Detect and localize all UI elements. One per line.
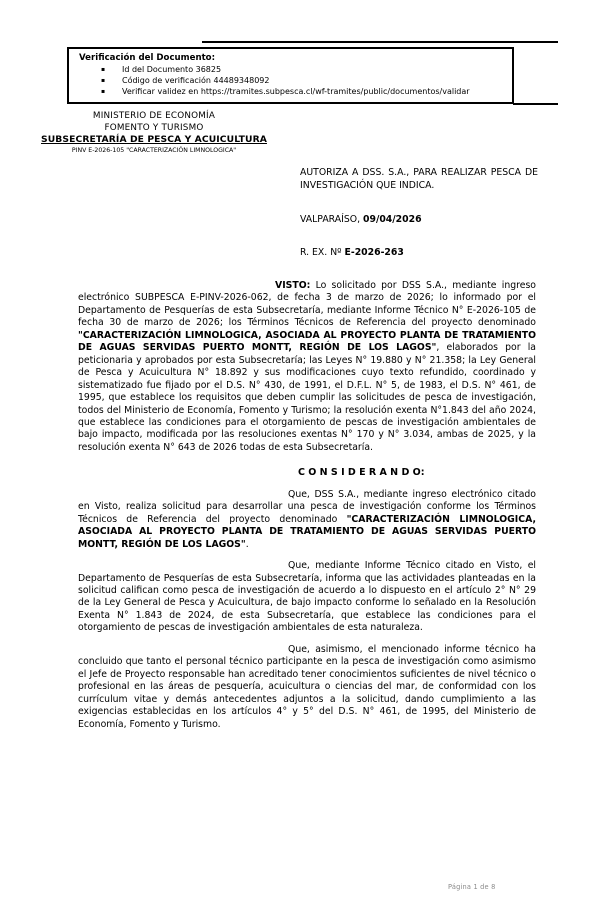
resolution-date: 09/04/2026 [363,214,422,225]
document-page: Verificación del Documento: ▪ Id del Doc… [0,0,600,918]
resolution-label: R. EX. Nº [300,247,344,258]
ministry-subline: FOMENTO Y TURISMO [33,123,275,135]
ministry-line: MINISTERIO DE ECONOMÍA [33,111,275,123]
place-and-date: VALPARAÍSO, 09/04/2026 [300,214,422,225]
considerando-paragraph-3: Que, asimismo, el mencionado informe téc… [78,644,536,731]
visto-text-2: , elaborados por la peticionaria y aprob… [78,342,536,453]
verification-item-code: ▪ Código de verificación 44489348092 [79,75,504,86]
letterhead: MINISTERIO DE ECONOMÍA FOMENTO Y TURISMO… [33,111,275,155]
considerando-heading: C O N S I D E R A N D O: [298,467,536,479]
visto-paragraph: VISTO: Lo solicitado por DSS S.A., media… [78,280,536,454]
verification-url-text: Verificar validez en https://tramites.su… [122,86,470,97]
resolution-number-line: R. EX. Nº E-2026-263 [300,247,404,258]
verification-item-url: ▪ Verificar validez en https://tramites.… [79,86,504,97]
considerando-paragraph-2: Que, mediante Informe Técnico citado en … [78,560,536,635]
verification-item-text: Código de verificación 44489348092 [122,75,269,86]
bullet-icon: ▪ [101,86,108,97]
visto-label: VISTO: [275,280,310,291]
project-reference: PINV E-2026-105 "CARACTERIZACIÓN LIMNOLO… [33,147,275,155]
page-number: Página 1 de 8 [448,883,495,891]
resolution-number: E-2026-263 [344,247,403,258]
document-body: VISTO: Lo solicitado por DSS S.A., media… [78,280,536,740]
verification-item-text: Id del Documento 36825 [122,64,221,75]
box-bottom-rule-extension [513,103,558,105]
considerando-paragraph-1: Que, DSS S.A., mediante ingreso electrón… [78,489,536,551]
considerando-1-end: . [246,539,249,550]
top-horizontal-rule [202,41,558,43]
verification-box: Verificación del Documento: ▪ Id del Doc… [67,47,514,104]
place-label: VALPARAÍSO, [300,214,363,225]
bullet-icon: ▪ [101,75,108,86]
bullet-icon: ▪ [101,64,108,75]
verification-item-id: ▪ Id del Documento 36825 [79,64,504,75]
subsecretaria-title: SUBSECRETARÍA DE PESCA Y ACUICULTURA [33,134,275,146]
resolution-subject: AUTORIZA A DSS. S.A., PARA REALIZAR PESC… [300,166,538,192]
verification-title: Verificación del Documento: [79,53,504,64]
